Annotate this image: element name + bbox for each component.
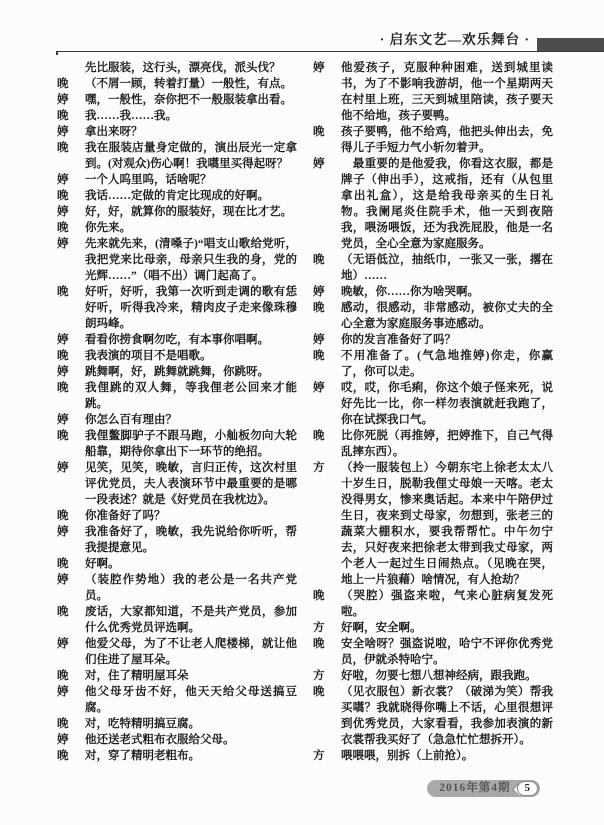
speaker-label: 晚 xyxy=(57,108,69,124)
speaker-label: 晚 xyxy=(313,348,325,364)
speaker-label: 婷 xyxy=(313,380,325,396)
speech-text: 先来就先来，(清嗓子)“唱支山歌给党听，我把党来比母亲，母亲只生我的身，党的光辉… xyxy=(85,236,297,284)
speech-text: 喂喂喂，别拆（上前抢）。 xyxy=(341,748,553,764)
speech-text: （不屑一顾，转着打量）一般性，有点。 xyxy=(85,76,297,92)
speech-text: 跳舞啊，好，跳舞就跳舞，你跳呀。 xyxy=(85,364,297,380)
speech-text: 对，穿了精明老粗布。 xyxy=(85,748,297,764)
speech-text: 拿出来呀？ xyxy=(85,124,297,140)
speech-text: 不用准备了。(气急地推婷)你走，你赢了，你可以走。 xyxy=(341,348,553,380)
speech-text: 孩子要鸭，他不给鸡，他把头伸出去，免得儿子手短力气小斩勿着尹。 xyxy=(341,124,553,156)
dialogue-entry: 婷我准备好了，晚敏，我先说给你听听，帮我提提意见。 xyxy=(57,524,297,556)
speech-text: 他还送老式粗布衣服给父母。 xyxy=(85,732,297,748)
dialogue-entry: 婷拿出来呀？ xyxy=(57,124,297,140)
speaker-label: 婷 xyxy=(313,332,325,348)
dialogue-entry: 晚我在服装店量身定做的，演出辰光一定拿到。(对观众)伤心啊！我嚆里买得起呀？ xyxy=(57,140,297,172)
speaker-label: 婷 xyxy=(57,412,69,428)
speech-text: 安全啥呀？强盗说啦，哈宁不评你优秀党员，伊就杀特哈宁。 xyxy=(341,636,553,668)
speaker-label: 婷 xyxy=(313,60,325,76)
dialogue-entry: 晚孩子要鸭，他不给鸡，他把头伸出去，免得儿子手短力气小斩勿着尹。 xyxy=(313,124,553,156)
dialogue-entry: 婷晚敏，你……你为啥哭啊。 xyxy=(313,284,553,300)
dialogue-entry: 晚我俚鳖脚驴子不跟马跑，小舢板勿向大轮船靠，期待你拿出下一环节的绝招。 xyxy=(57,428,297,460)
speaker-label: 晚 xyxy=(57,140,69,156)
speech-text: 比你死脱（再推婷，把婷推下，自己气得乱摔东西）。 xyxy=(341,428,553,460)
dialogue-entry: 婷他父母牙齿不好，他天天给父母送搞豆腐。 xyxy=(57,684,297,716)
dialogue-entry: 婷见笑，见笑，晚敏，言归正传，这次村里评优党员，夫人表演环节中最重要的是哪一段表… xyxy=(57,460,297,508)
dialogue-entry: 婷你的发言准备好了吗？ xyxy=(313,332,553,348)
page-header: · 启东文艺—欢乐舞台 · xyxy=(57,26,604,52)
dialogue-entry: 晚（无语低泣，抽纸巾，一张又一张，撂在地）…… xyxy=(313,252,553,284)
speaker-label: 晚 xyxy=(57,348,69,364)
dialogue-entry: 婷你怎么百有理由？ xyxy=(57,412,297,428)
speaker-label: 晚 xyxy=(313,428,325,444)
speech-text: 一个人呜里呜，话啥呢？ xyxy=(85,172,297,188)
speaker-label: 婷 xyxy=(313,156,325,172)
speaker-label: 婷 xyxy=(57,460,69,476)
speech-text: （无语低泣，抽纸巾，一张又一张，撂在地）…… xyxy=(341,252,553,284)
issue-label: 2016年第4期 xyxy=(439,780,510,797)
dialogue-entry: 晚你准备好了吗？ xyxy=(57,508,297,524)
footer-issue-pill: 2016年第4期 5 xyxy=(427,780,540,797)
dialogue-entry: 晚对，穿了精明老粗布。 xyxy=(57,748,297,764)
dialogue-entry: 晚我表演的项目不是唱歌。 xyxy=(57,348,297,364)
speech-text: 感动，很感动，非常感动，被你丈夫的全心全意为家庭服务事迹感动。 xyxy=(341,300,553,332)
dialogue-entry: 婷他爱父母，为了不让老人爬楼梯，就让他们住进了屋耳朵。 xyxy=(57,636,297,668)
speaker-label: 晚 xyxy=(57,220,69,236)
speaker-label: 晚 xyxy=(57,284,69,300)
dialogue-entry: 晚对，吃特精明搞豆腐。 xyxy=(57,716,297,732)
dialogue-entry: 晚感动，很感动，非常感动，被你丈夫的全心全意为家庭服务事迹感动。 xyxy=(313,300,553,332)
speaker-label: 婷 xyxy=(57,204,69,220)
speech-text: 晚敏，你……你为啥哭啊。 xyxy=(341,284,553,300)
dialogue-entry: 晚我话……定做的肯定比现成的好啊。 xyxy=(57,188,297,204)
speaker-label: 晚 xyxy=(57,428,69,444)
page-number: 5 xyxy=(517,781,539,796)
speaker-label: 晚 xyxy=(57,604,69,620)
left-column: 先比服装，这行头，漂亮伐，派头伐？晚（不屑一顾，转着打量）一般性，有点。婷嘿，一… xyxy=(57,60,297,764)
speech-text: 废话，大家都知道，不是共产党员，参加什么优秀党员评选啊。 xyxy=(85,604,297,636)
speech-text: 好啊。 xyxy=(85,556,297,572)
speech-text: 他爱父母，为了不让老人爬楼梯，就让他们住进了屋耳朵。 xyxy=(85,636,297,668)
dialogue-entry: 晚安全啥呀？强盗说啦，哈宁不评你优秀党员，伊就杀特哈宁。 xyxy=(313,636,553,668)
speech-text: 先比服装，这行头，漂亮伐，派头伐？ xyxy=(85,60,297,76)
dialogue-entry: 婷先来就先来，(清嗓子)“唱支山歌给党听，我把党来比母亲，母亲只生我的身，党的光… xyxy=(57,236,297,284)
speech-text: 对，吃特精明搞豆腐。 xyxy=(85,716,297,732)
dialogue-entry: 婷嘿，一般性，奈你把不一般服装拿出看。 xyxy=(57,92,297,108)
dialogue-entry: 婷看看你捞食啊勿吃，有本事你唱啊。 xyxy=(57,332,297,348)
speaker-label: 婷 xyxy=(57,92,69,108)
dialogue-entry: 婷（装腔作势地）我的老公是一名共产党员。 xyxy=(57,572,297,604)
speech-text: 你怎么百有理由？ xyxy=(85,412,297,428)
speaker-label: 婷 xyxy=(57,572,69,588)
dialogue-entry: 晚对，住了精明屋耳朵 xyxy=(57,668,297,684)
speaker-label: 方 xyxy=(313,620,325,636)
speaker-label: 婷 xyxy=(57,332,69,348)
speaker-label: 晚 xyxy=(313,252,325,268)
speech-text: 好啊，安全啊。 xyxy=(341,620,553,636)
speech-text: 好啦，勿要七想八想神经病，跟我跑。 xyxy=(341,668,553,684)
speaker-label: 晚 xyxy=(57,380,69,396)
speaker-label: 晚 xyxy=(313,300,325,316)
speech-text: （装腔作势地）我的老公是一名共产党员。 xyxy=(85,572,297,604)
journal-section-title: · 启东文艺—欢乐舞台 · xyxy=(380,28,530,48)
speech-text: 他父母牙齿不好，他天天给父母送搞豆腐。 xyxy=(85,684,297,716)
dialogue-entry: 先比服装，这行头，漂亮伐，派头伐？ xyxy=(57,60,297,76)
dialogue-entry: 晚不用准备了。(气急地推婷)你走，你赢了，你可以走。 xyxy=(313,348,553,380)
speaker-label: 婷 xyxy=(57,684,69,700)
speech-text: （见衣服包）新衣裳？（破涕为笑）帮我买嚆？我就晓得你嘴上不话，心里很想评到优秀党… xyxy=(341,684,553,748)
speech-text: 我话……定做的肯定比现成的好啊。 xyxy=(85,188,297,204)
speaker-label: 方 xyxy=(313,748,325,764)
dialogue-entry: 婷好，好，就算你的服装好，现在比才艺。 xyxy=(57,204,297,220)
speaker-label: 婷 xyxy=(57,364,69,380)
speaker-label: 晚 xyxy=(313,636,325,652)
speech-text: 你的发言准备好了吗？ xyxy=(341,332,553,348)
speaker-label: 婷 xyxy=(57,636,69,652)
dialogue-entry: 婷 最重要的是他爱我，你看这衣服，都是牌子（伸出手），这戒指，还有（从包里拿出礼… xyxy=(313,156,553,252)
speaker-label: 晚 xyxy=(57,556,69,572)
speech-text: 好，好，就算你的服装好，现在比才艺。 xyxy=(85,204,297,220)
dialogue-entry: 晚我俚跳的双人舞，等我俚老公回来才能跳。 xyxy=(57,380,297,412)
speaker-label: 方 xyxy=(313,668,325,684)
dialogue-entry: 晚废话，大家都知道，不是共产党员，参加什么优秀党员评选啊。 xyxy=(57,604,297,636)
dialogue-entry: 晚我……我……我。 xyxy=(57,108,297,124)
speech-text: 对，住了精明屋耳朵 xyxy=(85,668,297,684)
dialogue-entry: 晚比你死脱（再推婷，把婷推下，自己气得乱摔东西）。 xyxy=(313,428,553,460)
speaker-label: 晚 xyxy=(57,188,69,204)
speech-text: （哭腔）强盗来啦，气来心脏病复发死啦。 xyxy=(341,588,553,620)
dialogue-entry: 婷他还送老式粗布衣服给父母。 xyxy=(57,732,297,748)
speaker-label: 婷 xyxy=(313,284,325,300)
speech-text: 我俚鳖脚驴子不跟马跑，小舢板勿向大轮船靠，期待你拿出下一环节的绝招。 xyxy=(85,428,297,460)
dialogue-entry: 方（拎一服装包上）今朝东宅上徐老太太八十岁生日，脱勒我俚丈母娘一天喀。老太没得男… xyxy=(313,460,553,588)
dialogue-entry: 方好啦，勿要七想八想神经病，跟我跑。 xyxy=(313,668,553,684)
speaker-label: 晚 xyxy=(313,124,325,140)
script-body: 先比服装，这行头，漂亮伐，派头伐？晚（不屑一顾，转着打量）一般性，有点。婷嘿，一… xyxy=(57,60,553,764)
speech-text: 你准备好了吗？ xyxy=(85,508,297,524)
speaker-label: 晚 xyxy=(57,76,69,92)
speech-text: 哎，哎，你毛痢，你这个娘子怪来死，说好先比一比，你一样勿表演就赶我跑了，你在试探… xyxy=(341,380,553,428)
dialogue-entry: 婷跳舞啊，好，跳舞就跳舞，你跳呀。 xyxy=(57,364,297,380)
speech-text: 我……我……我。 xyxy=(85,108,297,124)
right-column: 婷他爱孩子，克服种种困难，送到城里读书，为了不影响我游胡，他一个星期两天在村里上… xyxy=(313,60,553,764)
speech-text: 你先来。 xyxy=(85,220,297,236)
speech-text: 我表演的项目不是唱歌。 xyxy=(85,348,297,364)
speaker-label: 婷 xyxy=(57,732,69,748)
page-number-tag: 5 xyxy=(517,781,539,796)
speech-text: 嘿，一般性，奈你把不一般服装拿出看。 xyxy=(85,92,297,108)
dialogue-entry: 晚（见衣服包）新衣裳？（破涕为笑）帮我买嚆？我就晓得你嘴上不话，心里很想评到优秀… xyxy=(313,684,553,748)
speaker-label: 婷 xyxy=(57,172,69,188)
speaker-label: 晚 xyxy=(57,668,69,684)
speaker-label: 晚 xyxy=(57,508,69,524)
speech-text: 他爱孩子，克服种种困难，送到城里读书，为了不影响我游胡，他一个星期两天在村里上班… xyxy=(341,60,553,124)
dialogue-entry: 晚（不屑一顾，转着打量）一般性，有点。 xyxy=(57,76,297,92)
header-corner-block xyxy=(537,38,604,51)
dialogue-entry: 晚你先来。 xyxy=(57,220,297,236)
speech-text: 我在服装店量身定做的，演出辰光一定拿到。(对观众)伤心啊！我嚆里买得起呀？ xyxy=(85,140,297,172)
dialogue-entry: 婷哎，哎，你毛痢，你这个娘子怪来死，说好先比一比，你一样勿表演就赶我跑了，你在试… xyxy=(313,380,553,428)
speech-text: 最重要的是他爱我，你看这衣服，都是牌子（伸出手），这戒指，还有（从包里拿出礼盒）… xyxy=(341,156,553,252)
speaker-label: 晚 xyxy=(313,588,325,604)
dialogue-entry: 晚好听，好听，我第一次听到走调的歌有恁好听，听得我冷来，精肉皮子走来像珠穆朗玛峰… xyxy=(57,284,297,332)
dialogue-entry: 晚（哭腔）强盗来啦，气来心脏病复发死啦。 xyxy=(313,588,553,620)
dialogue-entry: 方好啊，安全啊。 xyxy=(313,620,553,636)
dialogue-entry: 方喂喂喂，别拆（上前抢）。 xyxy=(313,748,553,764)
speaker-label: 晚 xyxy=(57,716,69,732)
speech-text: 我俚跳的双人舞，等我俚老公回来才能跳。 xyxy=(85,380,297,412)
speech-text: 见笑，见笑，晚敏，言归正传，这次村里评优党员，夫人表演环节中最重要的是哪一段表述… xyxy=(85,460,297,508)
dialogue-entry: 婷他爱孩子，克服种种困难，送到城里读书，为了不影响我游胡，他一个星期两天在村里上… xyxy=(313,60,553,124)
speaker-label: 晚 xyxy=(313,684,325,700)
header-rule-tick xyxy=(56,51,58,55)
dialogue-entry: 婷一个人呜里呜，话啥呢？ xyxy=(57,172,297,188)
speaker-label: 晚 xyxy=(57,748,69,764)
speech-text: 好听，好听，我第一次听到走调的歌有恁好听，听得我冷来，精肉皮子走来像珠穆朗玛峰。 xyxy=(85,284,297,332)
speech-text: 我准备好了，晚敏，我先说给你听听，帮我提提意见。 xyxy=(85,524,297,556)
speaker-label: 婷 xyxy=(57,236,69,252)
speaker-label: 方 xyxy=(313,460,325,476)
speaker-label: 婷 xyxy=(57,124,69,140)
speech-text: 看看你捞食啊勿吃，有本事你唱啊。 xyxy=(85,332,297,348)
dialogue-entry: 晚好啊。 xyxy=(57,556,297,572)
speech-text: （拎一服装包上）今朝东宅上徐老太太八十岁生日，脱勒我俚丈母娘一天喀。老太没得男女… xyxy=(341,460,553,588)
speaker-label: 婷 xyxy=(57,524,69,540)
